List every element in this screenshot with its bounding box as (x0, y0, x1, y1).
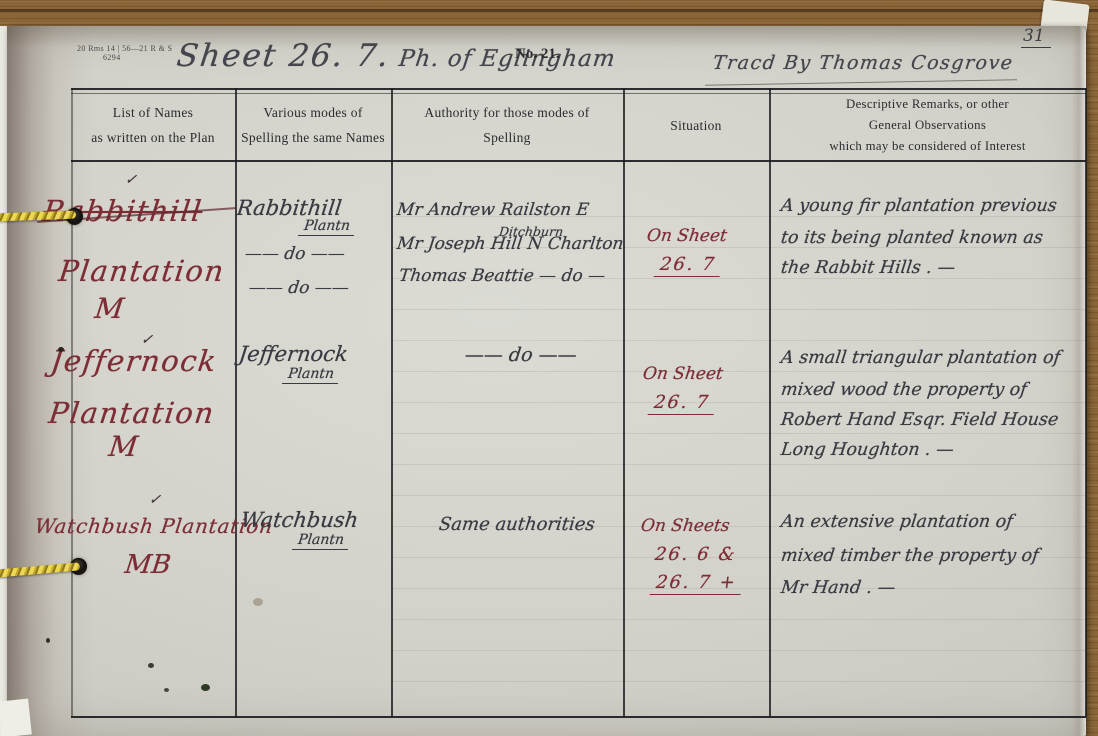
column-divider-3 (623, 88, 625, 717)
row2-authority-ditto: —— do —— (464, 344, 578, 366)
table-top-rule (71, 88, 1086, 90)
row1-remarks-line: to its being planted known as (780, 228, 1044, 248)
table-border-right (1085, 88, 1087, 717)
column-header-authority: Authority for those modes of Spelling (391, 100, 623, 150)
row3-name-line: Watchbush Plantation (34, 514, 275, 538)
row2-situation-line: On Sheet (642, 364, 724, 384)
row1-authority-line: Mr Joseph Hill N Charlton (396, 234, 625, 254)
row3-remarks-line: mixed timber the property of (780, 546, 1040, 566)
column-header-line: which may be considered of Interest (769, 136, 1086, 157)
column-divider-1 (235, 88, 237, 717)
page-number: 31 (1021, 26, 1051, 48)
row3-situation-sheet: 26. 7 + (650, 572, 743, 595)
parish-script: Ph. of Eglingham (397, 46, 617, 72)
column-header-spelling: Various modes of Spelling the same Names (235, 100, 391, 150)
row1-name-line: Plantation (57, 254, 227, 288)
wood-plank-gap (0, 9, 1098, 12)
sheet-number-script: Sheet 26. 7. (175, 38, 392, 74)
row3-spelling-abbr: Plantn (292, 532, 350, 550)
scanned-name-book-page: { "colors": { "red_ink": "#7d2d36", "bla… (0, 0, 1098, 736)
row1-spelling-ditto: —— do —— (248, 278, 350, 298)
ink-stain (148, 663, 154, 668)
row2-remarks-line: Robert Hand Esqr. Field House (780, 410, 1060, 430)
row1-examiner-initial: M (93, 292, 126, 325)
row2-remarks-line: Long Houghton . — (780, 440, 955, 460)
row2-situation-sheet: 26. 7 (648, 392, 717, 415)
row3-authority-line: Same authorities (438, 514, 596, 535)
column-header-remarks: Descriptive Remarks, or other General Ob… (769, 94, 1086, 157)
column-header-names: List of Names as written on the Plan (71, 100, 235, 150)
column-header-line: as written on the Plan (71, 125, 235, 150)
check-mark: ✓ (148, 492, 162, 508)
column-header-line: Authority for those modes of (391, 100, 623, 125)
underlying-page-corner (0, 699, 32, 736)
stamp-line: 6294 (103, 53, 121, 62)
row1-situation-sheet: 26. 7 (654, 254, 723, 277)
row2-name-line: Plantation (47, 396, 217, 430)
paper-blemish (253, 598, 263, 606)
column-header-line: Various modes of (235, 100, 391, 125)
name-book-page: 20 Rms 14 | 56—21 R & S 6294 Sheet 26. 7… (7, 26, 1086, 736)
traced-by-script: Tracd By Thomas Cosgrove (712, 52, 1015, 74)
row3-situation-sheet: 26. 6 & (654, 544, 738, 565)
row3-spelling: Watchbush (240, 508, 360, 532)
ink-stain (46, 638, 50, 643)
printers-stamp: 20 Rms 14 | 56—21 R & S 6294 (77, 44, 172, 62)
traced-by-flourish (705, 79, 1017, 86)
column-header-line: Spelling the same Names (235, 125, 391, 150)
row1-spelling-ditto: —— do —— (244, 244, 346, 264)
column-divider-2 (391, 88, 393, 717)
check-mark: ✓ (124, 172, 138, 188)
row1-remarks-line: the Rabbit Hills . — (780, 258, 957, 278)
header-bottom-rule (71, 160, 1086, 162)
row2-spelling-abbr: Plantn (282, 366, 340, 384)
row1-authority-line: Mr Andrew Railston E (396, 200, 590, 220)
ink-stain (58, 347, 64, 352)
column-divider-4 (769, 88, 771, 717)
row1-authority-line: Thomas Beattie — do — (398, 266, 607, 286)
faint-ruled-lines (391, 186, 1086, 706)
column-header-line: Situation (623, 118, 769, 134)
row2-remarks-line: mixed wood the property of (780, 380, 1028, 400)
number-label: No. 21. (515, 46, 560, 63)
stamp-line: 20 Rms 14 | 56—21 R & S (77, 44, 172, 53)
column-header-line: Spelling (391, 125, 623, 150)
row2-examiner-initial: M (107, 430, 140, 463)
column-header-line: List of Names (71, 100, 235, 125)
column-header-line: Descriptive Remarks, or other (769, 94, 1086, 115)
row1-spelling: Rabbithill (236, 196, 343, 220)
row2-spelling: Jeffernock (238, 342, 350, 366)
row2-name-line: Jeffernock (49, 344, 219, 378)
row3-situation-line: On Sheets (640, 516, 731, 536)
row1-situation-line: On Sheet (646, 226, 728, 246)
column-header-line: General Observations (769, 115, 1086, 136)
row2-remarks-line: A small triangular plantation of (780, 348, 1062, 368)
column-header-situation: Situation (623, 118, 769, 134)
row1-remarks-line: A young fir plantation previous (780, 196, 1058, 216)
table-bottom-rule (71, 716, 1086, 718)
row3-remarks-line: An extensive plantation of (780, 512, 1014, 532)
ink-stain (164, 688, 169, 692)
row3-remarks-line: Mr Hand . — (780, 578, 897, 598)
underlying-page-edge-left (0, 26, 7, 736)
ink-stain-green (201, 684, 210, 691)
row1-spelling-abbr: Plantn (298, 218, 356, 236)
row3-examiner-initials: MB (123, 550, 172, 580)
